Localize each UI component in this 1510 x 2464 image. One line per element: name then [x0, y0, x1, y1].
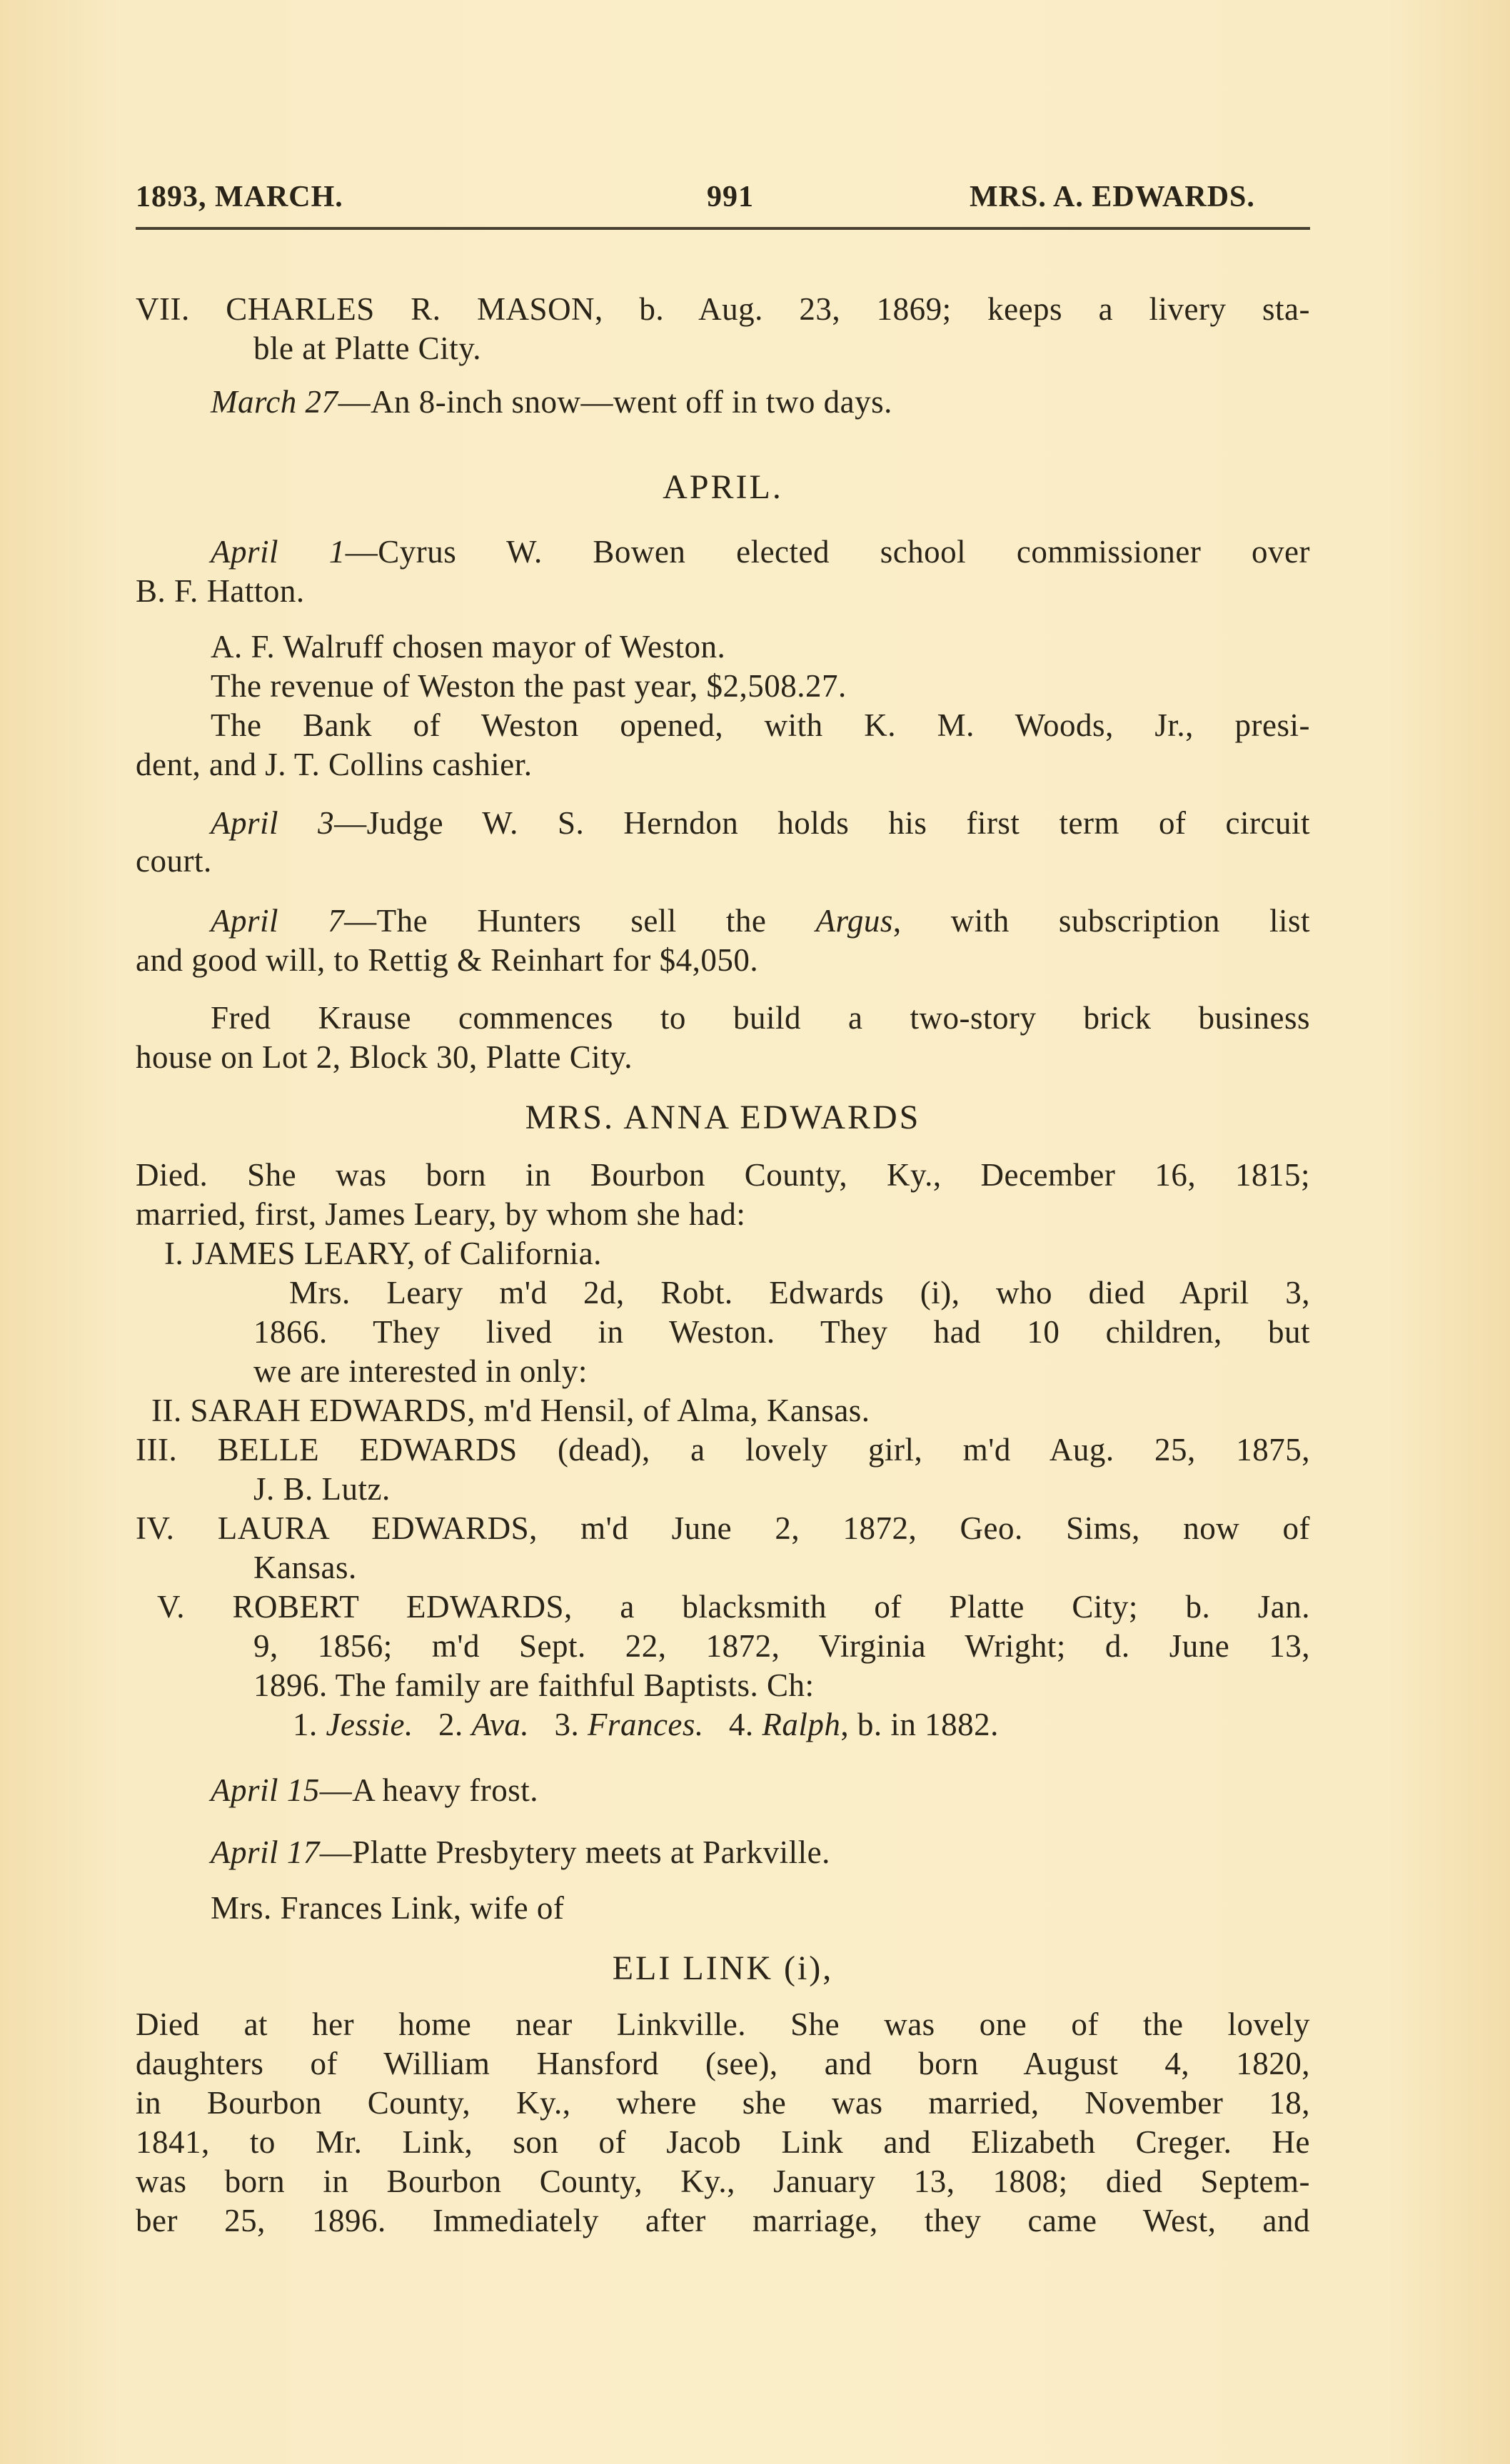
child-iii-line2: J. B. Lutz. [253, 1469, 391, 1509]
entry-april-7-line2: and good will, to Rettig & Reinhart for … [136, 940, 758, 980]
list-number: 1. [293, 1707, 318, 1742]
list-number: 3. [554, 1707, 579, 1742]
child-v-line2: 9, 1856; m'd Sept. 22, 1872, Virginia Wr… [253, 1626, 1310, 1666]
link-bio-line4: 1841, to Mr. Link, son of Jacob Link and… [136, 2122, 1310, 2162]
entry-april-3-line1: April 3—Judge W. S. Herndon holds his fi… [211, 803, 1310, 843]
child-v-line1: V. ROBERT EDWARDS, a blacksmith of Platt… [157, 1587, 1310, 1627]
entry-text: —Cyrus W. Bowen elected school commissio… [346, 534, 1310, 570]
link-bio-line5: was born in Bourbon County, Ky., January… [136, 2161, 1310, 2201]
grandchild-name: Ralph [762, 1707, 840, 1742]
header-rule [136, 227, 1310, 230]
section-heading-eli-link: ELI LINK (i), [136, 1949, 1310, 1989]
entry-date: April 3 [211, 805, 334, 841]
entry-date: March 27 [211, 384, 338, 420]
entry-walruff: A. F. Walruff chosen mayor of Weston. [211, 627, 725, 667]
entry-text: , with subscription list [893, 903, 1310, 939]
leary-remarriage-line1: Mrs. Leary m'd 2d, Robt. Edwards (i), wh… [289, 1273, 1310, 1313]
child-ii: II. SARAH EDWARDS, m'd Hensil, of Alma, … [151, 1390, 870, 1430]
entry-text: —Judge W. S. Herndon holds his first ter… [334, 805, 1310, 841]
child-v-line3: 1896. The family are faithful Baptists. … [253, 1665, 815, 1705]
child-i: I. JAMES LEARY, of California. [164, 1233, 602, 1273]
entry-revenue: The revenue of Weston the past year, $2,… [211, 666, 847, 706]
entry-text: —An 8-inch snow—went off in two days. [338, 384, 892, 420]
entry-bank-line1: The Bank of Weston opened, with K. M. Wo… [211, 705, 1310, 745]
edwards-intro-line2: married, first, James Leary, by whom she… [136, 1194, 745, 1234]
entry-text: —Platte Presbytery meets at Parkville. [320, 1834, 830, 1870]
entry-text: —A heavy frost. [320, 1772, 538, 1808]
header-title: MRS. A. EDWARDS. [970, 178, 1255, 216]
edwards-intro-line1: Died. She was born in Bourbon County, Ky… [136, 1155, 1310, 1195]
entry-april-3-line2: court. [136, 841, 212, 881]
link-bio-line6: ber 25, 1896. Immediately after marriage… [136, 2201, 1310, 2241]
leary-remarriage-line3: we are interested in only: [253, 1351, 588, 1391]
child-iv-line2: Kansas. [253, 1547, 357, 1587]
link-bio-line3: in Bourbon County, Ky., where she was ma… [136, 2083, 1310, 2123]
entry-april-7-line1: April 7—The Hunters sell the Argus, with… [211, 901, 1310, 941]
entry-date: April 1 [211, 534, 346, 570]
entry-krause-line2: house on Lot 2, Block 30, Platte City. [136, 1037, 633, 1077]
entry-date: April 17 [211, 1834, 320, 1870]
page-number: 991 [707, 178, 754, 216]
section-heading-april: APRIL. [136, 468, 1310, 508]
entry-april-1-line2: B. F. Hatton. [136, 571, 305, 611]
link-bio-line1: Died at her home near Linkville. She was… [136, 2004, 1310, 2044]
grandchild-name: Frances. [588, 1707, 704, 1742]
newspaper-name: Argus [816, 903, 893, 939]
entry-april-17: April 17—Platte Presbytery meets at Park… [211, 1832, 830, 1872]
header-date: 1893, MARCH. [136, 178, 343, 216]
entry-krause-line1: Fred Krause commences to build a two-sto… [211, 998, 1310, 1038]
list-number: 2. [438, 1707, 463, 1742]
item-vii-line2: ble at Platte City. [253, 328, 481, 368]
entry-text: —The Hunters sell the [344, 903, 815, 939]
grandchildren-list: 1. Jessie. 2. Ava. 3. Frances. 4. Ralph,… [293, 1705, 999, 1745]
entry-frances-link: Mrs. Frances Link, wife of [211, 1888, 564, 1928]
entry-april-15: April 15—A heavy frost. [211, 1770, 538, 1810]
grandchild-birth: , b. in 1882. [840, 1707, 999, 1742]
entry-date: April 7 [211, 903, 344, 939]
child-iv-line1: IV. LAURA EDWARDS, m'd June 2, 1872, Geo… [136, 1508, 1310, 1548]
link-bio-line2: daughters of William Hansford (see), and… [136, 2044, 1310, 2084]
leary-remarriage-line2: 1866. They lived in Weston. They had 10 … [253, 1312, 1310, 1352]
entry-date: April 15 [211, 1772, 320, 1808]
entry-march-27: March 27—An 8-inch snow—went off in two … [211, 382, 892, 422]
section-heading-anna-edwards: MRS. ANNA EDWARDS [136, 1098, 1310, 1138]
entry-april-1-line1: April 1—Cyrus W. Bowen elected school co… [211, 532, 1310, 572]
list-number: 4. [729, 1707, 754, 1742]
item-vii-line1: VII. CHARLES R. MASON, b. Aug. 23, 1869;… [136, 289, 1310, 329]
child-iii-line1: III. BELLE EDWARDS (dead), a lovely girl… [136, 1430, 1310, 1470]
grandchild-name: Jessie. [326, 1707, 413, 1742]
entry-bank-line2: dent, and J. T. Collins cashier. [136, 744, 533, 784]
grandchild-name: Ava. [471, 1707, 529, 1742]
